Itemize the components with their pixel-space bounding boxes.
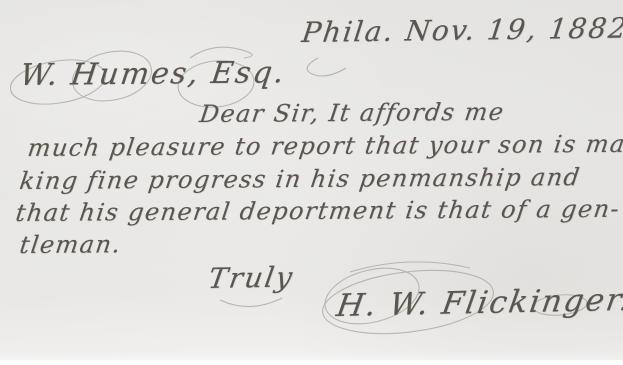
letter-scan: Phila. Nov. 19, 1882. W. Humes, Esq. Dea… xyxy=(0,0,623,365)
signature-line: H. W. Flickinger. xyxy=(334,282,623,324)
recipient-line: W. Humes, Esq. xyxy=(18,55,288,93)
scan-edge xyxy=(0,360,623,365)
closing-line: Truly xyxy=(206,261,296,295)
dateline: Phila. Nov. 19, 1882. xyxy=(300,11,623,49)
body-line-1: Dear Sir, It affords me xyxy=(198,98,506,128)
body-line-3: king fine progress in his penmanship and xyxy=(18,163,582,195)
body-line-4: that his general deportment is that of a… xyxy=(14,195,622,227)
body-line-2: much pleasure to report that your son is… xyxy=(26,130,623,162)
body-line-5: tleman. xyxy=(18,230,123,259)
